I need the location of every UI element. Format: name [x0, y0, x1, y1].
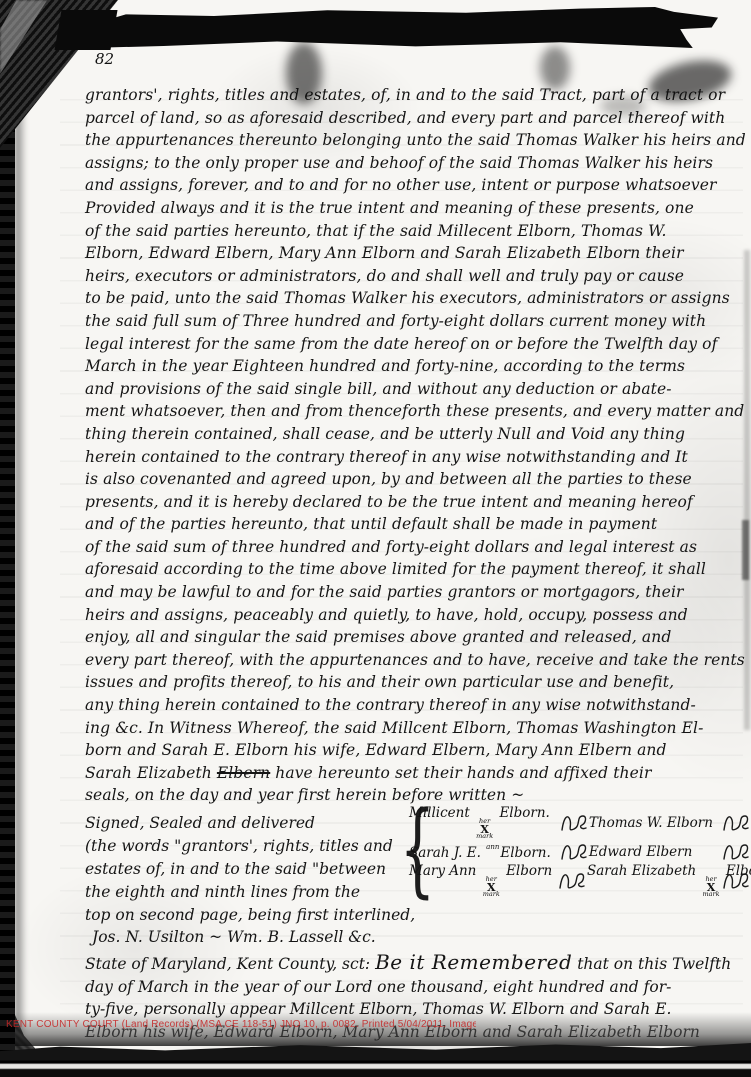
seal-scribble-icon: [559, 812, 589, 834]
text-line: and provisions of the said single bill, …: [85, 378, 745, 401]
text-line: the eighth and ninth lines from the: [85, 881, 405, 904]
her-mark: herXmark: [483, 877, 500, 897]
text-line: to be paid, unto the said Thomas Walker …: [85, 287, 745, 310]
interlined-word: ann: [486, 843, 499, 851]
text-line: every part thereof, with the appurtenanc…: [85, 649, 745, 672]
text-line: top on second page, being first interlin…: [85, 904, 405, 927]
seal-scribble-icon: [721, 841, 751, 863]
text-line: the appurtenances thereunto belonging un…: [85, 129, 745, 152]
text-line: the said full sum of Three hundred and f…: [85, 310, 745, 333]
text-line: ment whatsoever, then and from thencefor…: [85, 400, 745, 423]
archive-watermark: KENT COUNTY COURT (Land Records) (MSA CE…: [6, 1019, 476, 1030]
text-line: estates of, in and to the said "between: [85, 858, 405, 881]
text-line: Signed, Sealed and delivered: [85, 812, 405, 835]
text-line: any thing herein contained to the contra…: [85, 694, 745, 717]
signature-block: { Millicent herXmark Elborn.Thomas W. El…: [393, 808, 751, 900]
text-line: of the said parties hereunto, that if th…: [85, 220, 745, 243]
binding-shadow-left: [15, 0, 27, 1077]
text-line: enjoy, all and singular the said premise…: [85, 626, 745, 649]
signature-name: Mary Ann herXmark Elborn: [409, 863, 557, 897]
text-line: ing &c. In Witness Whereof, the said Mil…: [85, 717, 745, 740]
signature-name: Thomas W. Elborn: [589, 815, 721, 831]
page-number: 82: [95, 50, 114, 68]
scanned-document-page: 82 grantors', rights, titles and estates…: [0, 0, 751, 1077]
text-line: is also covenanted and agreed upon, by a…: [85, 468, 745, 491]
her-mark: herXmark: [476, 819, 493, 839]
text-line: and assigns, forever, and to and for no …: [85, 174, 745, 197]
signature-name: Sarah J. E. annElborn.: [409, 843, 559, 861]
signature-name: Sarah Elizabeth herXmark Elborn: [587, 863, 721, 897]
text-line: heirs, executors or administrators, do a…: [85, 265, 745, 288]
text-line: born and Sarah E. Elborn his wife, Edwar…: [85, 739, 745, 762]
text-line: aforesaid according to the time above li…: [85, 558, 745, 581]
text-line: Sarah Elizabeth Elbern have hereunto set…: [85, 762, 745, 785]
text-line: presents, and it is hereby declared to b…: [85, 491, 745, 514]
text-line: issues and profits thereof, to his and t…: [85, 671, 745, 694]
text-line: legal interest for the same from the dat…: [85, 333, 745, 356]
seal-scribble-icon: [557, 870, 587, 892]
text-line: grantors', rights, titles and estates, o…: [85, 84, 745, 107]
text-line: Provided always and it is the true inten…: [85, 197, 745, 220]
text-line: parcel of land, so as aforesaid describe…: [85, 107, 745, 130]
binding-edge-top-left: [54, 10, 117, 50]
acknowledgment-opening: State of Maryland, Kent County, sct: Be …: [85, 951, 745, 976]
text-line: and may be lawful to and for the said pa…: [85, 581, 745, 604]
text-line: assigns; to the only proper use and beho…: [85, 152, 745, 175]
attestation-note: Signed, Sealed and delivered(the words "…: [85, 812, 405, 927]
text-line: of the said sum of three hundred and for…: [85, 536, 745, 559]
text-line: and of the parties hereunto, that until …: [85, 513, 745, 536]
text-line: (the words "grantors', rights, titles an…: [85, 835, 405, 858]
text-line: day of March in the year of our Lord one…: [85, 976, 745, 999]
deed-body-text: grantors', rights, titles and estates, o…: [85, 84, 745, 807]
signature-name: Edward Elbern: [589, 844, 721, 860]
her-mark: herXmark: [702, 877, 719, 897]
text-line: March in the year Eighteen hundred and f…: [85, 355, 745, 378]
text-line: herein contained to the contrary thereof…: [85, 446, 745, 469]
text-line: Elborn, Edward Elbern, Mary Ann Elborn a…: [85, 242, 745, 265]
binding-edge-left: [0, 0, 15, 1077]
signature-row: Mary Ann herXmark ElbornSarah Elizabeth …: [393, 866, 751, 895]
signature-name: Millicent herXmark Elborn.: [409, 805, 559, 839]
seal-scribble-icon: [721, 812, 751, 834]
text-line: thing therein contained, shall cease, an…: [85, 423, 745, 446]
witness-names: Jos. N. Usilton ~ Wm. B. Lassell &c.: [92, 928, 376, 946]
seal-scribble-icon: [559, 841, 589, 863]
scan-streak-right: [744, 250, 750, 730]
ack-suffix: that on this Twelfth: [572, 955, 731, 973]
ack-prefix: State of Maryland, Kent County, sct:: [85, 955, 375, 973]
signature-row: Sarah J. E. annElborn.Edward Elbern: [393, 837, 751, 866]
text-line: heirs and assigns, peaceably and quietly…: [85, 604, 745, 627]
ack-emphasis: Be it Remembered: [375, 950, 572, 974]
signature-row: Millicent herXmark Elborn.Thomas W. Elbo…: [393, 808, 751, 837]
scan-streak-right: [742, 520, 749, 580]
signature-rows: Millicent herXmark Elborn.Thomas W. Elbo…: [393, 808, 751, 895]
